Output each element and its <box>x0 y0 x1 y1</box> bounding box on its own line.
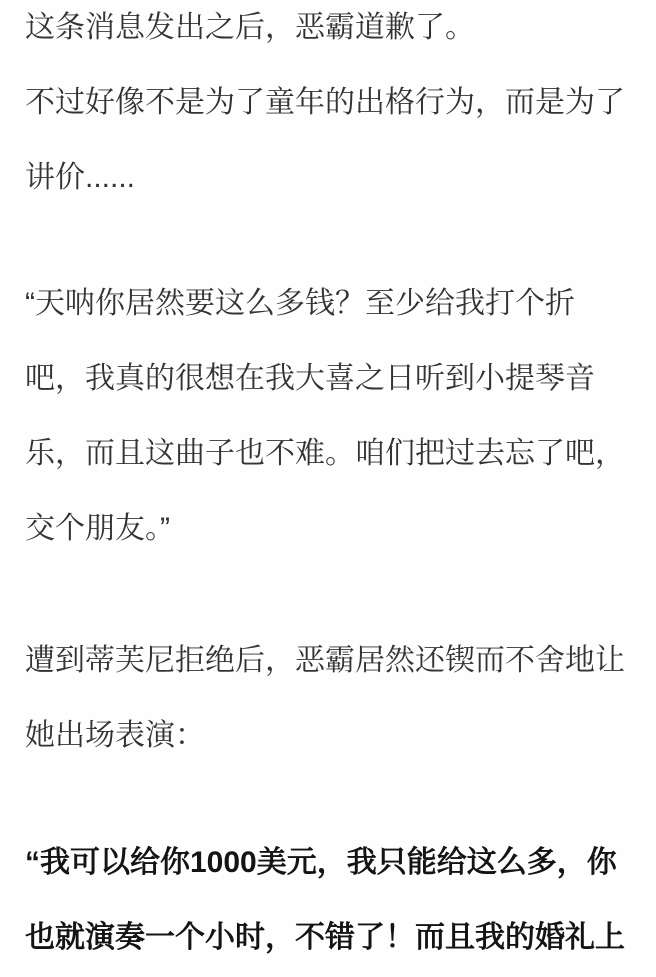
text-line: 吧，我真的很想在我大喜之日听到小提琴音 <box>25 341 630 416</box>
paragraph-quote-bold: “我可以给你1000美元，我只能给这么多，你 也就演奏一个小时，不错了！而且我的… <box>25 825 630 975</box>
article-body: 这条消息发出之后，恶霸道歉了。 不过好像不是为了童年的出格行为，而是为了 讲价.… <box>0 0 656 975</box>
text-line: 交个朋友。” <box>25 491 630 566</box>
paragraph-quote: “天呐你居然要这么多钱？至少给我打个折 吧，我真的很想在我大喜之日听到小提琴音 … <box>25 266 630 566</box>
text-line: 遭到蒂芙尼拒绝后，恶霸居然还锲而不舍地让 <box>25 623 630 698</box>
text-line: “天呐你居然要这么多钱？至少给我打个折 <box>25 266 630 341</box>
text-line: 不过好像不是为了童年的出格行为，而是为了 <box>25 65 630 140</box>
paragraph: 遭到蒂芙尼拒绝后，恶霸居然还锲而不舍地让 她出场表演： <box>25 623 630 773</box>
text-line: 乐，而且这曲子也不难。咱们把过去忘了吧， <box>25 416 630 491</box>
paragraph: 这条消息发出之后，恶霸道歉了。 不过好像不是为了童年的出格行为，而是为了 讲价.… <box>25 0 630 215</box>
text-line: 讲价...... <box>25 140 630 215</box>
text-line: 她出场表演： <box>25 698 630 773</box>
text-line: “我可以给你1000美元，我只能给这么多，你 <box>25 825 630 900</box>
text-line: 也就演奏一个小时，不错了！而且我的婚礼上 <box>25 900 630 975</box>
text-line: 这条消息发出之后，恶霸道歉了。 <box>25 0 630 65</box>
